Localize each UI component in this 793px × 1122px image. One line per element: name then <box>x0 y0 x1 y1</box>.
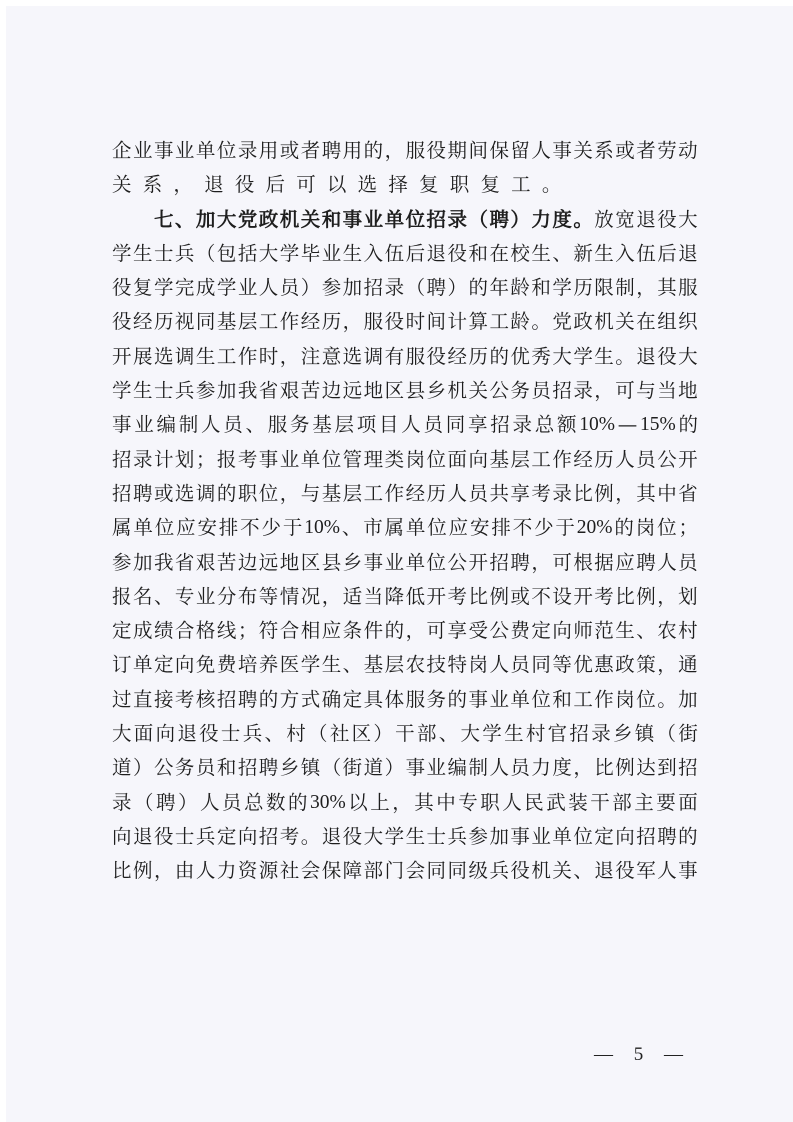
body-char: 层 <box>238 305 258 339</box>
body-char: 人 <box>615 443 635 477</box>
body-char: 士 <box>221 717 241 751</box>
body-char: 数 <box>266 786 286 820</box>
body-char: 人 <box>196 854 216 888</box>
body-char: 业 <box>134 408 154 442</box>
body-char: 录 <box>133 443 153 477</box>
text-line: 参加我省艰苦边远地区县乡事业单位公开招聘，可根据应聘人员 <box>112 546 698 580</box>
body-char: 、 <box>573 854 593 888</box>
body-char: 事 <box>552 134 572 168</box>
body-char: 单 <box>406 511 426 545</box>
body-char: 同 <box>427 854 447 888</box>
body-char: 业 <box>280 443 300 477</box>
body-char: 经 <box>301 305 321 339</box>
body-char: 业 <box>531 820 551 854</box>
body-char: 聘 <box>657 820 677 854</box>
body-char: 绩 <box>154 614 174 648</box>
body-char: 聘 <box>133 477 153 511</box>
body-char: 开 <box>112 340 132 374</box>
body-char: 退 <box>636 203 656 237</box>
body-char: ， <box>154 854 174 888</box>
body-char: 应 <box>449 511 469 545</box>
body-char: 业 <box>175 134 195 168</box>
body-char: 录 <box>573 374 593 408</box>
body-char: 役 <box>112 305 132 339</box>
body-char: 党 <box>552 305 572 339</box>
body-char: 优 <box>573 648 593 682</box>
body-char: 历 <box>594 443 614 477</box>
body-char: 等 <box>259 580 279 614</box>
heading-char: 招 <box>427 203 447 237</box>
body-char: 乡 <box>427 374 447 408</box>
body-char: 作 <box>238 340 258 374</box>
body-char: 中 <box>436 786 456 820</box>
body-char: 兵 <box>196 820 216 854</box>
body-char: 远 <box>259 546 279 580</box>
body-char: 主 <box>634 786 654 820</box>
body-char: 与 <box>301 477 321 511</box>
body-char: 降 <box>385 580 405 614</box>
body-char: 省 <box>259 374 279 408</box>
body-char: 在 <box>636 305 656 339</box>
body-char: 。 <box>301 820 321 854</box>
body-char: 安 <box>197 511 217 545</box>
body-char: 动 <box>678 134 698 168</box>
body-char: 退 <box>594 854 614 888</box>
body-char: ， <box>173 168 193 202</box>
body-char: 制 <box>615 271 635 305</box>
body-char: 单 <box>133 511 153 545</box>
body-char: 公 <box>489 374 509 408</box>
body-char: 会 <box>301 854 321 888</box>
body-char: 学 <box>112 374 132 408</box>
body-char: 企 <box>112 134 132 168</box>
body-char: 役 <box>154 820 174 854</box>
body-char: 或 <box>280 134 300 168</box>
body-char: 放 <box>594 203 614 237</box>
body-char: 线 <box>217 614 237 648</box>
body-char: 大 <box>678 203 698 237</box>
body-char: 学 <box>573 340 593 374</box>
body-char: 同 <box>446 408 466 442</box>
body-char: 招 <box>112 443 132 477</box>
heading-char: 。 <box>573 203 593 237</box>
body-char: 役 <box>448 237 468 271</box>
body-char: 招 <box>112 477 132 511</box>
body-char: 大 <box>112 717 132 751</box>
body-char: 核 <box>196 683 216 717</box>
body-char: 位 <box>573 820 593 854</box>
heading-char <box>112 203 132 237</box>
body-char: 20% <box>577 511 613 545</box>
body-char: 限 <box>594 271 614 305</box>
body-char: ， <box>657 648 677 682</box>
body-char: 。 <box>615 340 635 374</box>
body-char: 我 <box>154 546 174 580</box>
body-char: 士 <box>154 237 174 271</box>
body-char: 宽 <box>615 203 635 237</box>
body-char: 可 <box>296 168 316 202</box>
body-char: 区 <box>385 374 405 408</box>
body-char: 10% <box>304 511 340 545</box>
body-char: 策 <box>636 648 656 682</box>
body-char: 兵 <box>243 717 263 751</box>
body-char: — <box>618 408 638 442</box>
document-page: 企业事业单位录用或者聘用的，服役期间保留人事关系或者劳动关系，退役后可以选择复职… <box>6 6 793 1122</box>
body-char: 、 <box>154 580 174 614</box>
body-char: 系 <box>594 134 614 168</box>
body-char: 培 <box>238 648 258 682</box>
body-char: 业 <box>385 546 405 580</box>
body-char: 基 <box>217 305 237 339</box>
body-char: 历 <box>154 305 174 339</box>
text-line: 学生士兵参加我省艰苦边远地区县乡机关公务员招录，可与当地 <box>112 374 698 408</box>
heading-char: 聘 <box>489 203 509 237</box>
body-char: 位 <box>259 477 279 511</box>
body-char: 退 <box>322 820 342 854</box>
body-char: 。 <box>657 683 677 717</box>
body-char: 关 <box>112 168 132 202</box>
body-char: 政 <box>573 305 593 339</box>
body-char: 县 <box>406 374 426 408</box>
body-char: 秀 <box>531 340 551 374</box>
body-char: 学 <box>552 271 572 305</box>
body-char: 考 <box>531 477 551 511</box>
body-char: 业 <box>196 580 216 614</box>
text-line: 招录计划；报考事业单位管理类岗位面向基层工作经历人员公开 <box>112 443 698 477</box>
body-char: 乡 <box>280 751 300 785</box>
body-char: 和 <box>217 751 237 785</box>
body-char: 费 <box>217 648 237 682</box>
body-char: 计 <box>154 443 174 477</box>
body-char: 后 <box>266 168 286 202</box>
body-char: 定 <box>112 614 132 648</box>
body-char: 部 <box>612 786 632 820</box>
body-char: 单 <box>133 648 153 682</box>
body-char: 机 <box>448 374 468 408</box>
body-char: 向 <box>552 614 572 648</box>
body-char: 调 <box>364 340 384 374</box>
body-char: 开 <box>678 443 698 477</box>
body-char: 向 <box>112 820 132 854</box>
body-char: 同 <box>196 305 216 339</box>
body-char: 力 <box>217 854 237 888</box>
body-char: 层 <box>343 477 363 511</box>
body-char: 不 <box>240 511 260 545</box>
body-char: ） <box>373 717 393 751</box>
body-char: ） <box>178 786 198 820</box>
body-char: 地 <box>678 374 698 408</box>
body-char: 员 <box>531 374 551 408</box>
body-char: 时 <box>259 340 279 374</box>
body-char: 入 <box>615 237 635 271</box>
body-char: 复 <box>480 168 500 202</box>
body-char: ） <box>448 271 468 305</box>
body-char: 录 <box>238 134 258 168</box>
body-char: 基 <box>364 648 384 682</box>
body-char: 于 <box>555 511 575 545</box>
body-char: 招 <box>678 751 698 785</box>
text-line: 属单位应安排不少于10%、市属单位应安排不少于20%的岗位； <box>112 511 698 545</box>
body-char: 考 <box>175 683 195 717</box>
body-char: 官 <box>548 717 568 751</box>
body-char: 选 <box>175 477 195 511</box>
body-char: 人 <box>489 648 509 682</box>
body-char: 共 <box>489 477 509 511</box>
body-char: 同 <box>531 648 551 682</box>
body-char: 龄 <box>510 271 530 305</box>
page-number: — 5 — <box>594 1044 691 1066</box>
body-char: 和 <box>531 271 551 305</box>
body-char: 招 <box>490 408 510 442</box>
body-char: 在 <box>489 237 509 271</box>
text-line: 役经历视同基层工作经历，服役时间计算工龄。党政机关在组织 <box>112 305 698 339</box>
body-char: 退 <box>204 168 224 202</box>
body-char: 生 <box>504 717 524 751</box>
body-char: 武 <box>546 786 566 820</box>
body-char: 士 <box>427 820 447 854</box>
body-char: 村 <box>526 717 546 751</box>
heading-char: （ <box>468 203 488 237</box>
body-char: 学 <box>280 237 300 271</box>
body-char: 可 <box>427 614 447 648</box>
body-char: 役 <box>199 717 219 751</box>
body-char: 以 <box>348 786 368 820</box>
body-char: 式 <box>301 683 321 717</box>
heading-char: 事 <box>343 203 363 237</box>
body-char: 新 <box>573 237 593 271</box>
body-char: 苦 <box>301 374 321 408</box>
body-char: 后 <box>657 237 677 271</box>
body-char: ， <box>657 580 677 614</box>
body-char: ） <box>385 751 405 785</box>
body-char: 乡 <box>613 717 633 751</box>
text-line: 报名、专业分布等情况，适当降低开考比例或不设开考比例，划 <box>112 580 698 614</box>
body-char: 比 <box>615 580 635 614</box>
body-char: 机 <box>531 854 551 888</box>
body-char: 员 <box>678 546 698 580</box>
body-char: 比 <box>468 580 488 614</box>
text-line: 开展选调生工作时，注意选调有服役经历的优秀大学生。退役大 <box>112 340 698 374</box>
body-char: 合 <box>175 614 195 648</box>
body-char: 招 <box>569 717 589 751</box>
body-char: 保 <box>322 854 342 888</box>
body-char: 员 <box>196 751 216 785</box>
body-char: 额 <box>557 408 577 442</box>
body-char: ， <box>615 477 635 511</box>
body-char: 人 <box>657 546 677 580</box>
body-char: 例 <box>133 854 153 888</box>
body-char: 关 <box>468 374 488 408</box>
body-char: 少 <box>262 511 282 545</box>
body-char: 由 <box>175 854 195 888</box>
body-char: 源 <box>259 854 279 888</box>
body-char: 层 <box>385 648 405 682</box>
body-char: 招 <box>238 751 258 785</box>
body-char: （ <box>322 751 342 785</box>
body-char: 向 <box>156 717 176 751</box>
body-char: 优 <box>510 340 530 374</box>
body-char: 服 <box>406 683 426 717</box>
body-char: 参 <box>468 820 488 854</box>
text-line: 比例，由人力资源社会保障部门会同同级兵役机关、退役军人事 <box>112 854 698 888</box>
body-char: 件 <box>364 614 384 648</box>
body-char: 录 <box>112 786 132 820</box>
body-char: 区 <box>301 546 321 580</box>
body-char: 录 <box>552 477 572 511</box>
heading-char: 位 <box>406 203 426 237</box>
body-char: 养 <box>259 648 279 682</box>
body-char: 其 <box>657 271 677 305</box>
body-char: 人 <box>401 408 421 442</box>
body-char: 具 <box>364 683 384 717</box>
body-char: 学 <box>112 237 132 271</box>
body-char: 受 <box>468 614 488 648</box>
body-char: 工 <box>259 305 279 339</box>
body-char: 事 <box>364 546 384 580</box>
body-char: 学 <box>482 717 502 751</box>
body-char: 方 <box>280 683 300 717</box>
body-char: 务 <box>175 751 195 785</box>
body-char: 生 <box>531 237 551 271</box>
body-char: 关 <box>615 305 635 339</box>
body-char: 公 <box>657 443 677 477</box>
body-char: 作 <box>552 443 572 477</box>
body-char: （ <box>657 717 677 751</box>
body-char: 服 <box>406 134 426 168</box>
body-char: 劳 <box>657 134 677 168</box>
body-char: 职 <box>480 786 500 820</box>
body-char: 作 <box>280 305 300 339</box>
heading-char: 加 <box>196 203 216 237</box>
body-char: 等 <box>552 648 572 682</box>
body-char: 少 <box>534 511 554 545</box>
body-char: （ <box>308 717 328 751</box>
body-char: 役 <box>510 854 530 888</box>
body-char: 退 <box>678 237 698 271</box>
body-char: 属 <box>112 511 132 545</box>
body-char: 享 <box>468 408 488 442</box>
body-char: 制 <box>179 408 199 442</box>
body-char: 例 <box>594 477 614 511</box>
body-char: 边 <box>238 546 258 580</box>
body-char: 加 <box>678 683 698 717</box>
body-char: 参 <box>322 271 342 305</box>
body-char: 的 <box>678 820 698 854</box>
heading-char: 政 <box>259 203 279 237</box>
body-char: 以 <box>327 168 347 202</box>
body-char: 间 <box>468 134 488 168</box>
body-char: 毕 <box>301 237 321 271</box>
body-char: 单 <box>406 546 426 580</box>
body-char: 军 <box>636 854 656 888</box>
text-line: 大面向退役士兵、村（社区）干部、大学生村官招录乡镇（街 <box>112 717 698 751</box>
body-char: 编 <box>157 408 177 442</box>
body-char: 技 <box>427 648 447 682</box>
body-char: 、 <box>636 614 656 648</box>
body-char: 的 <box>489 340 509 374</box>
body-char: ， <box>392 786 412 820</box>
body-char: 岗 <box>615 683 635 717</box>
body-char: 基 <box>489 443 509 477</box>
body-char: 相 <box>301 614 321 648</box>
body-char: 伍 <box>385 237 405 271</box>
body-char: 大 <box>259 237 279 271</box>
body-char: 工 <box>217 340 237 374</box>
body-char: 管 <box>343 443 363 477</box>
body-char: 的 <box>288 786 308 820</box>
body-char: 或 <box>154 477 174 511</box>
body-char: ， <box>322 580 342 614</box>
body-char: 根 <box>573 546 593 580</box>
body-char: 据 <box>594 546 614 580</box>
body-char: ； <box>238 614 258 648</box>
body-char: 到 <box>657 751 677 785</box>
body-char: 报 <box>112 580 132 614</box>
body-char: 业 <box>489 683 509 717</box>
body-char: 例 <box>636 580 656 614</box>
body-char: 同 <box>448 854 468 888</box>
body-char: 关 <box>552 854 572 888</box>
text-line: 学生士兵（包括大学毕业生入伍后退役和在校生、新生入伍后退 <box>112 237 698 271</box>
body-char: 定 <box>217 820 237 854</box>
body-char: 考 <box>280 820 300 854</box>
heading-char: 党 <box>238 203 258 237</box>
heading-char: 、 <box>175 203 195 237</box>
body-char: 的 <box>364 134 384 168</box>
body-char: 事 <box>678 854 698 888</box>
body-char: 招 <box>489 546 509 580</box>
body-char: 兵 <box>489 854 509 888</box>
body-char: 的 <box>259 683 279 717</box>
body-char: 服 <box>268 408 288 442</box>
body-char: 享 <box>510 477 530 511</box>
body-char: 基 <box>322 477 342 511</box>
body-char: 关 <box>573 134 593 168</box>
body-char: 通 <box>678 648 698 682</box>
body-char: 道 <box>364 751 384 785</box>
body-char: 总 <box>535 408 555 442</box>
body-char: 况 <box>301 580 321 614</box>
heading-char: 和 <box>322 203 342 237</box>
heading-char: 力 <box>531 203 551 237</box>
body-char: 位 <box>155 511 175 545</box>
body-char: 生 <box>594 237 614 271</box>
body-char: 员 <box>510 751 530 785</box>
body-char: 层 <box>335 408 355 442</box>
body-char: 定 <box>154 648 174 682</box>
body-char: 定 <box>594 820 614 854</box>
body-char: 役 <box>427 134 447 168</box>
body-char: 应 <box>176 511 196 545</box>
body-char: 镇 <box>635 717 655 751</box>
heading-char: 单 <box>385 203 405 237</box>
body-char: 员 <box>636 443 656 477</box>
body-char: 大 <box>364 820 384 854</box>
body-char: 级 <box>468 854 488 888</box>
text-line: 过直接考核招聘的方式确定具体服务的事业单位和工作岗位。加 <box>112 683 698 717</box>
body-char: 度 <box>552 751 572 785</box>
body-char: 生 <box>133 237 153 271</box>
body-char: 乡 <box>343 546 363 580</box>
body-char: 成 <box>133 614 153 648</box>
body-char: 符 <box>259 614 279 648</box>
body-char: 于 <box>283 511 303 545</box>
body-char: 事 <box>259 443 279 477</box>
body-char: 的 <box>468 271 488 305</box>
body-char: 总 <box>244 786 264 820</box>
body-char: 括 <box>238 237 258 271</box>
body-char: ， <box>594 374 614 408</box>
